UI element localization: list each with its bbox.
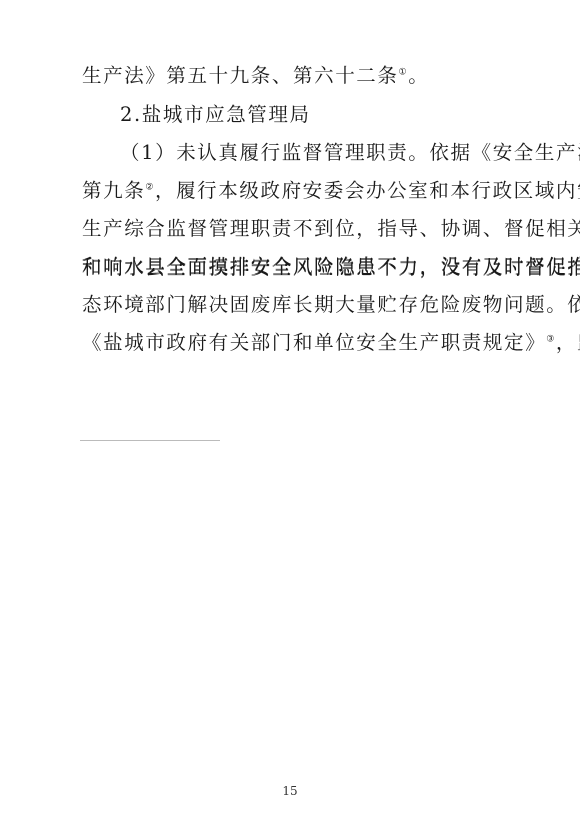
body-line: 态环境部门解决固废库长期大量贮存危险废物问题。依据 — [82, 293, 500, 317]
body-line: 生产综合监督管理职责不到位，指导、协调、督促相关部门 — [82, 217, 500, 241]
document-page: 生产法》第五十九条、第六十二条①。 2.盐城市应急管理局 （1）未认真履行监督管… — [0, 0, 580, 820]
page-number: 15 — [0, 784, 580, 798]
body-line: 第九条②，履行本级政府安委会办公室和本行政区域内安全 — [82, 179, 500, 203]
body-line: （1）未认真履行监督管理职责。依据《安全生产法》 — [120, 141, 538, 165]
body-line: 和响水县全面摸排安全风险隐患不力，没有及时督促推动生 — [82, 255, 500, 279]
section-heading: 2.盐城市应急管理局 — [120, 103, 538, 127]
footnote-separator — [80, 440, 220, 441]
body-line: 《盐城市政府有关部门和单位安全生产职责规定》③，监督 — [82, 331, 500, 355]
body-line: 生产法》第五十九条、第六十二条①。 — [82, 64, 500, 88]
